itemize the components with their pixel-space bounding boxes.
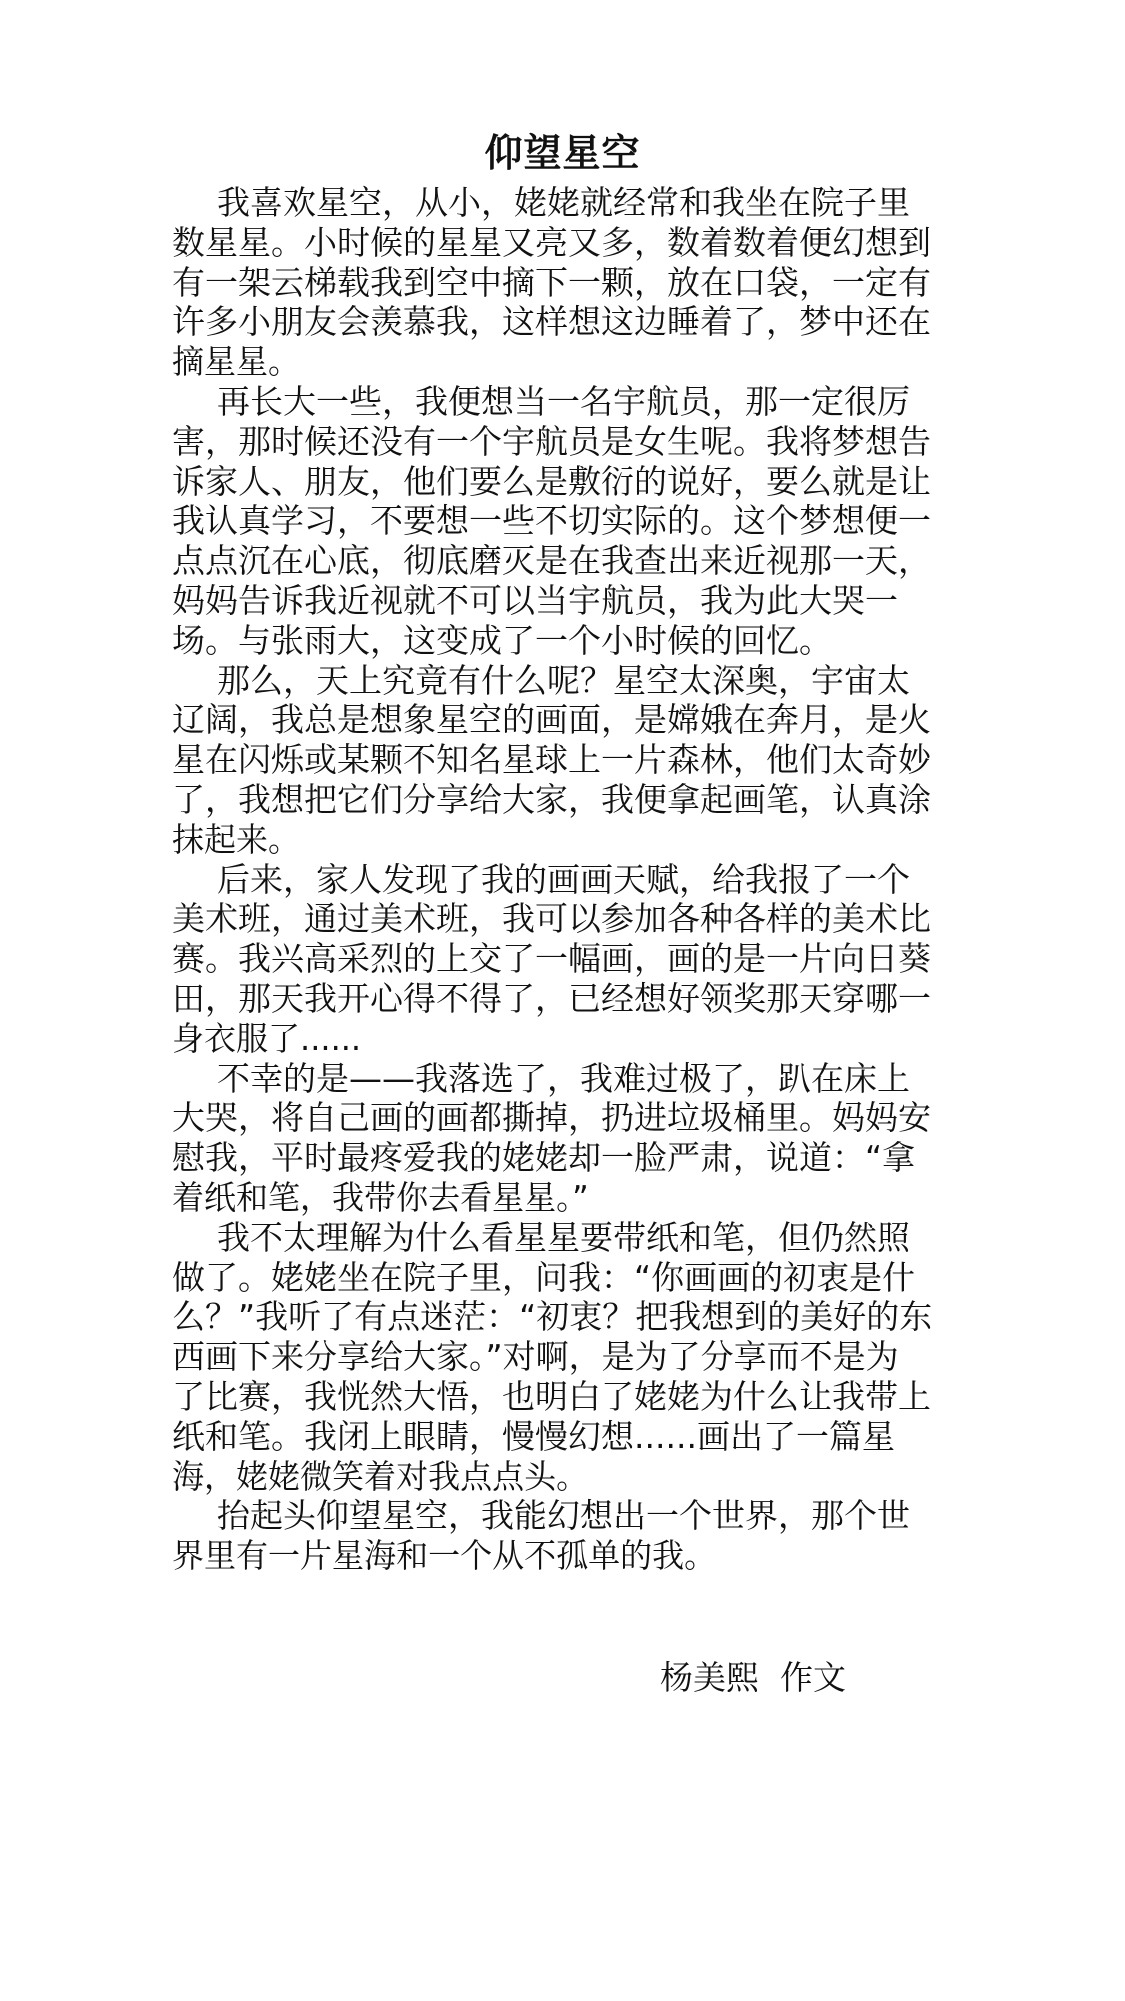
paragraph-2-line-2: 害，那时候还没有一个宇航员是女生呢。我将梦想告: [172, 422, 952, 462]
paragraph-3-line-3: 星在闪烁或某颗不知名星球上一片森林，他们太奇妙: [172, 740, 952, 780]
paragraph-7-line-2: 界里有一片星海和一个从不孤单的我。: [172, 1536, 929, 1576]
paragraph-6-line-5: 了比赛，我恍然大悟，也明白了姥姥为什么让我带上: [172, 1377, 952, 1417]
paragraph-1-line-5: 摘星星。: [172, 342, 929, 382]
paragraph-3-line-4: 了，我想把它们分享给大家，我便拿起画笔，认真涂: [172, 780, 952, 820]
paragraph-6-line-2: 做了。姥姥坐在院子里，问我：“你画画的初衷是什: [172, 1258, 952, 1298]
paragraph-1-line-4: 许多小朋友会羡慕我，这样想这边睡着了，梦中还在: [172, 302, 952, 342]
paragraph-4-line-5: 身衣服了......: [172, 1019, 929, 1059]
paragraph-2-line-6: 妈妈告诉我近视就不可以当宇航员，我为此大哭一: [172, 581, 952, 621]
paragraph-1-line-2: 数星星。小时候的星星又亮又多，数着数着便幻想到: [172, 223, 952, 263]
author-signature: 杨美熙 作文: [660, 1656, 846, 1700]
paragraph-6-line-4: 西画下来分享给大家。”对啊，是为了分享而不是为: [172, 1337, 952, 1377]
paragraph-6-line-6: 纸和笔。我闭上眼睛，慢慢幻想......画出了一篇星: [172, 1417, 952, 1457]
paragraph-5-line-1: 不幸的是——我落选了，我难过极了，趴在床上: [172, 1059, 952, 1099]
paragraph-2-line-4: 我认真学习，不要想一些不切实际的。这个梦想便一: [172, 501, 952, 541]
paragraph-2-line-5: 点点沉在心底，彻底磨灭是在我查出来近视那一天，: [172, 541, 952, 581]
essay-title: 仰望星空: [0, 128, 1125, 178]
paragraph-6-line-1: 我不太理解为什么看星星要带纸和笔，但仍然照: [172, 1218, 952, 1258]
paragraph-7-line-1: 抬起头仰望星空，我能幻想出一个世界，那个世: [172, 1496, 952, 1536]
paragraph-1-line-3: 有一架云梯载我到空中摘下一颗，放在口袋，一定有: [172, 263, 952, 303]
paragraph-3-line-1: 那么，天上究竟有什么呢？星空太深奥，宇宙太: [172, 661, 952, 701]
document-page: 仰望星空 我喜欢星空，从小，姥姥就经常和我坐在院子里 数星星。小时候的星星又亮又…: [0, 0, 1125, 2001]
paragraph-4-line-2: 美术班，通过美术班，我可以参加各种各样的美术比: [172, 899, 952, 939]
paragraph-2-line-7: 场。与张雨大，这变成了一个小时候的回忆。: [172, 621, 952, 661]
paragraph-1-line-1: 我喜欢星空，从小，姥姥就经常和我坐在院子里: [172, 183, 952, 223]
paragraph-4-line-1: 后来，家人发现了我的画画天赋，给我报了一个: [172, 860, 952, 900]
paragraph-5-line-3: 慰我，平时最疼爱我的姥姥却一脸严肃，说道：“拿: [172, 1138, 952, 1178]
paragraph-5-line-4: 着纸和笔，我带你去看星星。”: [172, 1178, 929, 1218]
paragraph-4-line-3: 赛。我兴高采烈的上交了一幅画，画的是一片向日葵: [172, 939, 952, 979]
paragraph-3-line-5: 抹起来。: [172, 820, 929, 860]
essay-body: 我喜欢星空，从小，姥姥就经常和我坐在院子里 数星星。小时候的星星又亮又多，数着数…: [172, 183, 952, 1576]
paragraph-5-line-2: 大哭，将自己画的画都撕掉，扔进垃圾桶里。妈妈安: [172, 1098, 952, 1138]
paragraph-6-line-3: 么？”我听了有点迷茫：“初衷？把我想到的美好的东: [172, 1297, 952, 1337]
paragraph-2-line-1: 再长大一些，我便想当一名宇航员，那一定很厉: [172, 382, 952, 422]
paragraph-3-line-2: 辽阔，我总是想象星空的画面，是嫦娥在奔月，是火: [172, 700, 952, 740]
paragraph-2-line-3: 诉家人、朋友，他们要么是敷衍的说好，要么就是让: [172, 462, 952, 502]
paragraph-6-line-7: 海，姥姥微笑着对我点点头。: [172, 1457, 929, 1497]
paragraph-4-line-4: 田，那天我开心得不得了，已经想好领奖那天穿哪一: [172, 979, 952, 1019]
